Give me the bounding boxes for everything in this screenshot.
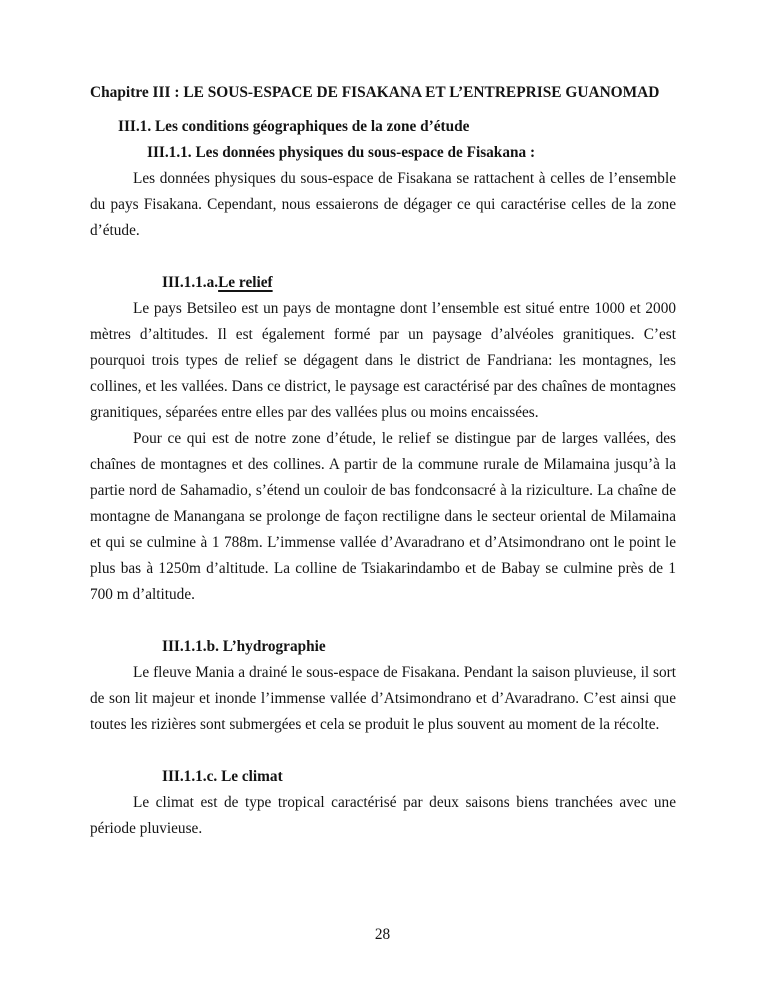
subsection-heading-climate: III.1.1.c. Le climat [90, 764, 676, 790]
chapter-title: Chapitre III : LE SOUS-ESPACE DE FISAKAN… [90, 80, 676, 106]
subsection-heading-physical-data: III.1.1. Les données physiques du sous-e… [90, 140, 676, 166]
relief-heading-title: Le relief [218, 274, 273, 291]
subsection-heading-hydrography: III.1.1.b. L’hydrographie [90, 634, 676, 660]
paragraph-relief-2: Pour ce qui est de notre zone d’étude, l… [90, 426, 676, 608]
paragraph-relief-1: Le pays Betsileo est un pays de montagne… [90, 296, 676, 426]
section-heading-geographic-conditions: III.1. Les conditions géographiques de l… [90, 114, 676, 140]
paragraph-hydrography: Le fleuve Mania a drainé le sous-espace … [90, 660, 676, 738]
paragraph-climate: Le climat est de type tropical caractéri… [90, 790, 676, 842]
page-number: 28 [0, 922, 765, 948]
subsection-heading-relief: III.1.1.a.Le relief [90, 270, 676, 296]
paragraph-physical-data-intro: Les données physiques du sous-espace de … [90, 166, 676, 244]
document-page: Chapitre III : LE SOUS-ESPACE DE FISAKAN… [0, 0, 765, 990]
relief-heading-number: III.1.1.a. [162, 274, 218, 291]
